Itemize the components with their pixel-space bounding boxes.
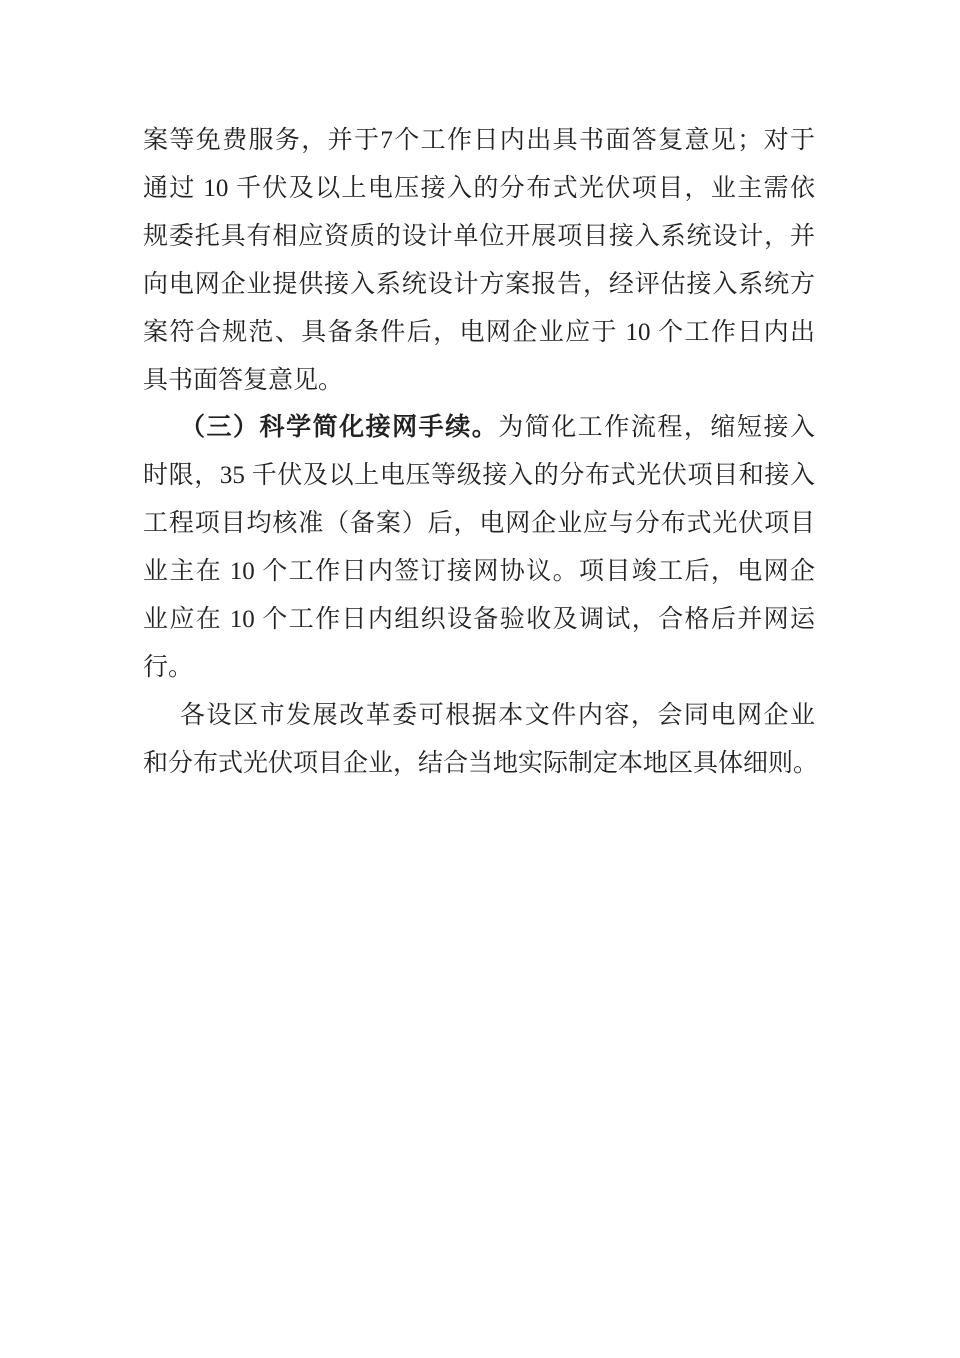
text-line: 和分布式光伏项目企业，结合当地实际制定本地区具体细则。 (143, 740, 815, 788)
text-run: 向电网企业提供接入系统设计方案报告，经评估接入系统方 (143, 271, 815, 298)
paragraph: 各设区市发展改革委可根据本文件内容，会同电网企业和分布式光伏项目企业，结合当地实… (143, 692, 815, 788)
text-line: 案等免费服务，并于7个工作日内出具书面答复意见；对于 (143, 117, 815, 165)
text-block: 案等免费服务，并于7个工作日内出具书面答复意见；对于通过 10 千伏及以上电压接… (143, 117, 815, 788)
text-line: 业应在 10 个工作日内组织设备验收及调试，合格后并网运 (143, 596, 815, 644)
text-line: （三）科学简化接网手续。为简化工作流程，缩短接入 (143, 404, 815, 452)
text-run: 规委托具有相应资质的设计单位开展项目接入系统设计，并 (143, 223, 815, 250)
text-line: 向电网企业提供接入系统设计方案报告，经评估接入系统方 (143, 261, 815, 309)
document-page: 案等免费服务，并于7个工作日内出具书面答复意见；对于通过 10 千伏及以上电压接… (0, 0, 960, 1358)
text-line: 各设区市发展改革委可根据本文件内容，会同电网企业 (143, 692, 815, 740)
text-line: 具书面答复意见。 (143, 357, 815, 405)
text-line: 工程项目均核准（备案）后，电网企业应与分布式光伏项目 (143, 500, 815, 548)
text-run: 工程项目均核准（备案）后，电网企业应与分布式光伏项目 (143, 510, 815, 537)
text-run: 为简化工作流程，缩短接入 (498, 414, 815, 441)
text-line: 通过 10 千伏及以上电压接入的分布式光伏项目，业主需依 (143, 165, 815, 213)
text-run: 时限，35 千伏及以上电压等级接入的分布式光伏项目和接入 (143, 462, 815, 489)
paragraph: （三）科学简化接网手续。为简化工作流程，缩短接入时限，35 千伏及以上电压等级接… (143, 404, 815, 691)
text-run: 和分布式光伏项目企业，结合当地实际制定本地区具体细则。 (143, 750, 818, 777)
section-heading: （三）科学简化接网手续。 (180, 414, 498, 441)
text-line: 案符合规范、具备条件后，电网企业应于 10 个工作日内出 (143, 309, 815, 357)
text-line: 规委托具有相应资质的设计单位开展项目接入系统设计，并 (143, 213, 815, 261)
text-run: 通过 10 千伏及以上电压接入的分布式光伏项目，业主需依 (143, 175, 815, 202)
paragraph: 案等免费服务，并于7个工作日内出具书面答复意见；对于通过 10 千伏及以上电压接… (143, 117, 815, 404)
text-run: 业应在 10 个工作日内组织设备验收及调试，合格后并网运 (143, 606, 815, 633)
text-run: 案等免费服务，并于7个工作日内出具书面答复意见；对于 (143, 127, 815, 154)
text-run: 业主在 10 个工作日内签订接网协议。项目竣工后，电网企 (143, 558, 815, 585)
text-line: 时限，35 千伏及以上电压等级接入的分布式光伏项目和接入 (143, 452, 815, 500)
text-run: 具书面答复意见。 (143, 367, 343, 394)
text-line: 业主在 10 个工作日内签订接网协议。项目竣工后，电网企 (143, 548, 815, 596)
text-run: 案符合规范、具备条件后，电网企业应于 10 个工作日内出 (143, 319, 815, 346)
text-line: 行。 (143, 644, 815, 692)
text-run: 行。 (143, 654, 193, 681)
text-run: 各设区市发展改革委可根据本文件内容，会同电网企业 (180, 702, 815, 729)
